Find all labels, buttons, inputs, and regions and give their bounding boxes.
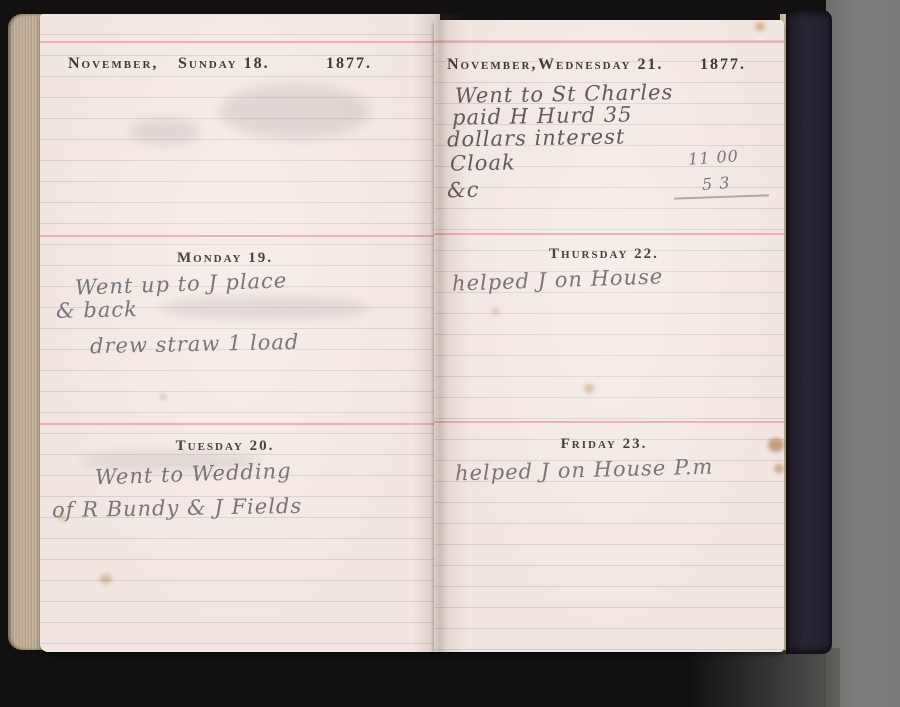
entry-line: of R Bundy & J Fields: [52, 494, 303, 522]
section-rule: [40, 41, 440, 43]
book-cover: [786, 10, 832, 654]
page-header-day: Sunday 18.: [178, 55, 270, 75]
page-header-month: November,: [447, 56, 537, 76]
left-page-edges: [8, 14, 44, 650]
page-header-day: Wednesday 21.: [538, 56, 664, 76]
section-rule: [434, 41, 784, 43]
diary-right-page: November, Wednesday 21. 1877. Went to St…: [434, 20, 784, 652]
erased-smudge: [80, 452, 260, 470]
stain: [768, 438, 784, 452]
entry-line: dollars interest: [447, 124, 626, 151]
entry-line: helped J on House: [452, 264, 664, 295]
day-title-thursday: Thursday 22.: [434, 246, 774, 263]
section-rule: [434, 421, 784, 423]
entry-line: helped J on House P.m: [455, 455, 714, 486]
page-header-month: November,: [68, 55, 158, 75]
entry-line: Went up to J place: [75, 268, 288, 299]
backdrop-corner-gradient: [690, 648, 840, 707]
stain: [774, 464, 784, 473]
ledger-underline: [674, 194, 769, 199]
ledger-amount: 11 00: [687, 146, 739, 168]
day-title-monday: Monday 19.: [40, 250, 410, 267]
day-title-friday: Friday 23.: [434, 436, 774, 453]
entry-line: drew straw 1 load: [90, 330, 300, 358]
section-rule: [434, 233, 784, 235]
ledger-amount: 5 3: [701, 173, 731, 194]
diary-book: November, Sunday 18. 1877. Monday 19. We…: [6, 8, 830, 656]
erased-smudge: [130, 119, 200, 145]
backdrop-table: [826, 0, 900, 707]
page-header-year: 1877.: [326, 55, 372, 75]
page-header-year: 1877.: [700, 56, 746, 76]
section-rule: [40, 235, 440, 237]
entry-line: & back: [56, 297, 138, 323]
stain: [58, 514, 66, 521]
diary-left-page: November, Sunday 18. 1877. Monday 19. We…: [40, 14, 440, 652]
stain: [584, 384, 594, 393]
stain: [755, 22, 765, 31]
stain: [160, 394, 166, 400]
erased-smudge: [220, 84, 370, 139]
day-title-tuesday: Tuesday 20.: [40, 438, 410, 455]
ledger-label: Cloak: [450, 150, 516, 175]
ledger-label: &c: [447, 178, 480, 203]
section-rule: [40, 423, 440, 425]
erased-smudge: [160, 296, 370, 320]
stain: [100, 574, 112, 584]
stain: [492, 308, 499, 314]
